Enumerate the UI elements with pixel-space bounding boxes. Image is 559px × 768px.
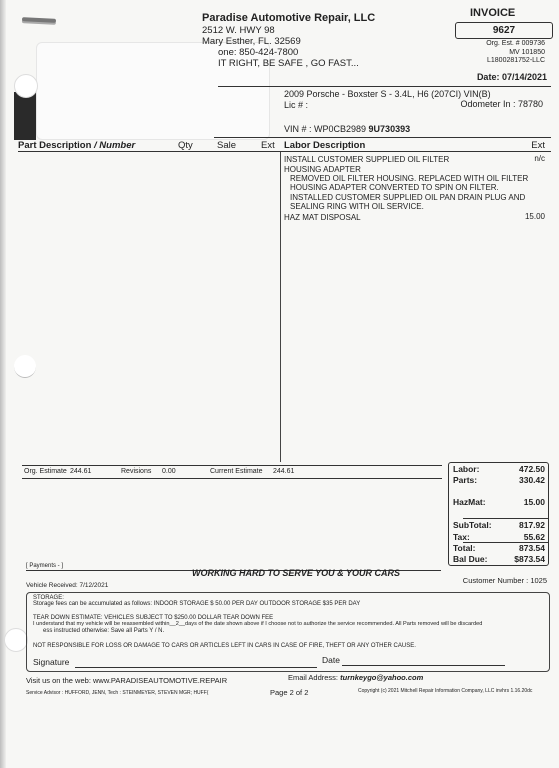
date-field[interactable] [342,665,505,666]
labor-item-ext: n/c [534,154,545,163]
copyright: Copyright (c) 2021 Mitchell Repair Infor… [358,688,532,694]
website: Visit us on the web: www.PARADISEAUTOMOT… [26,676,227,685]
divider [218,86,551,87]
storage-text: Storage fees can be accumulated as follo… [33,601,360,607]
signature-field[interactable] [75,667,317,668]
shop-tagline: IT RIGHT, BE SAFE , GO FAST... [218,58,359,69]
odometer-in: Odometer In : 78780 [460,99,543,109]
tax: 55.62 [524,532,545,542]
balance-due-label: Bal Due: [453,554,487,564]
shop-name: Paradise Automotive Repair, LLC [202,12,375,24]
service-advisor: Service Advisor : HUFFORD, JENN, Tech : … [26,690,208,696]
revisions-label: Revisions [121,468,151,475]
parts-total: 330.42 [519,475,545,485]
balance-due: $873.54 [514,554,545,564]
liability-notice: NOT RESPONSIBLE FOR LOSS OR DAMAGE TO CA… [33,643,416,649]
vehicle-received: Vehicle Received: 7/12/2021 [26,582,108,589]
staple [22,17,56,23]
invoice-date: Date: 07/14/2021 [477,72,547,82]
labor-item-ext: 15.00 [525,212,545,221]
labor-total: 472.50 [519,464,545,474]
vin-label: VIN # : WP0CB2989 [284,124,369,134]
vin-suffix: 9U730393 [369,124,411,134]
org-estimate-value: 244.61 [70,468,91,475]
redaction-bar [14,92,36,140]
teardown-text: I understand that my vehicle will be rea… [33,621,482,627]
hazmat-total: 15.00 [524,497,545,507]
mv-number: MV 101850 [509,49,545,56]
shop-address-2: Mary Esther, FL. 32569 [202,36,301,47]
column-qty: Qty [178,140,193,151]
shop-phone: one: 850-424-7800 [218,47,298,58]
hazmat-total-label: HazMat: [453,497,486,507]
punch-hole [14,74,38,98]
labor-total-label: Labor: [453,464,479,474]
divider [22,465,442,466]
labor-item-title: HAZ MAT DISPOSAL [284,213,361,223]
slogan: WORKING HARD TO SERVE YOU & YOUR CARS [192,568,400,578]
scan-shadow [0,0,6,768]
vehicle-description: 2009 Porsche - Boxster S - 3.4L, H6 (207… [284,89,491,99]
customer-number: Customer Number : 1025 [463,576,547,585]
payments: [ Payments - ] [26,563,63,569]
terms-box: STORAGE: Storage fees can be accumulated… [26,592,550,672]
shop-address-1: 2512 W. HWY 98 [202,25,275,36]
column-ext: Ext [261,140,275,151]
revisions-value: 0.00 [162,468,176,475]
punch-hole [4,628,28,652]
labor-item-detail: HOUSING ADAPTER CONVERTED TO SPIN ON FIL… [290,183,499,193]
column-divider [280,152,281,462]
parts-total-label: Parts: [453,475,477,485]
column-labor-ext: Ext [531,140,545,151]
labor-item-title: INSTALL CUSTOMER SUPPLIED OIL FILTER [284,155,449,165]
column-part-description: Part Description / Number [18,140,135,151]
subtotal-label: SubTotal: [453,520,492,530]
org-estimate-label: Org. Estimate [24,468,67,475]
column-labor-description: Labor Description [284,140,365,151]
subtotal: 817.92 [519,520,545,530]
email: Email Address: turnkeygo@yahoo.com [288,673,423,682]
invoice-number: 9627 [455,22,553,39]
org-estimate-number: Org. Est. # 009736 [486,40,545,47]
total-label: Total: [453,543,476,553]
current-estimate-label: Current Estimate [210,468,263,475]
invoice-label: INVOICE [470,7,515,19]
date-label: Date [322,655,340,665]
signature-label: Signature [33,657,69,667]
labor-item-detail: SEALING RING WITH OIL SERVICE. [290,202,424,212]
divider [214,137,551,138]
license-plate: Lic # : [284,100,308,110]
totals-box: Labor:472.50 Parts:330.42 HazMat:15.00 S… [448,462,549,566]
license-number: L1800281752-LLC [487,57,545,64]
vin: VIN # : WP0CB2989 9U730393 [284,124,410,134]
divider [18,151,551,152]
page-number: Page 2 of 2 [270,688,308,697]
teardown-text-2: ess instructed otherwise: Save all Parts… [43,628,164,634]
divider [22,478,442,479]
column-sale: Sale [217,140,236,151]
tax-label: Tax: [453,532,470,542]
total: 873.54 [519,543,545,553]
email-address: turnkeygo@yahoo.com [340,673,423,682]
punch-hole [14,355,36,378]
current-estimate-value: 244.61 [273,468,294,475]
